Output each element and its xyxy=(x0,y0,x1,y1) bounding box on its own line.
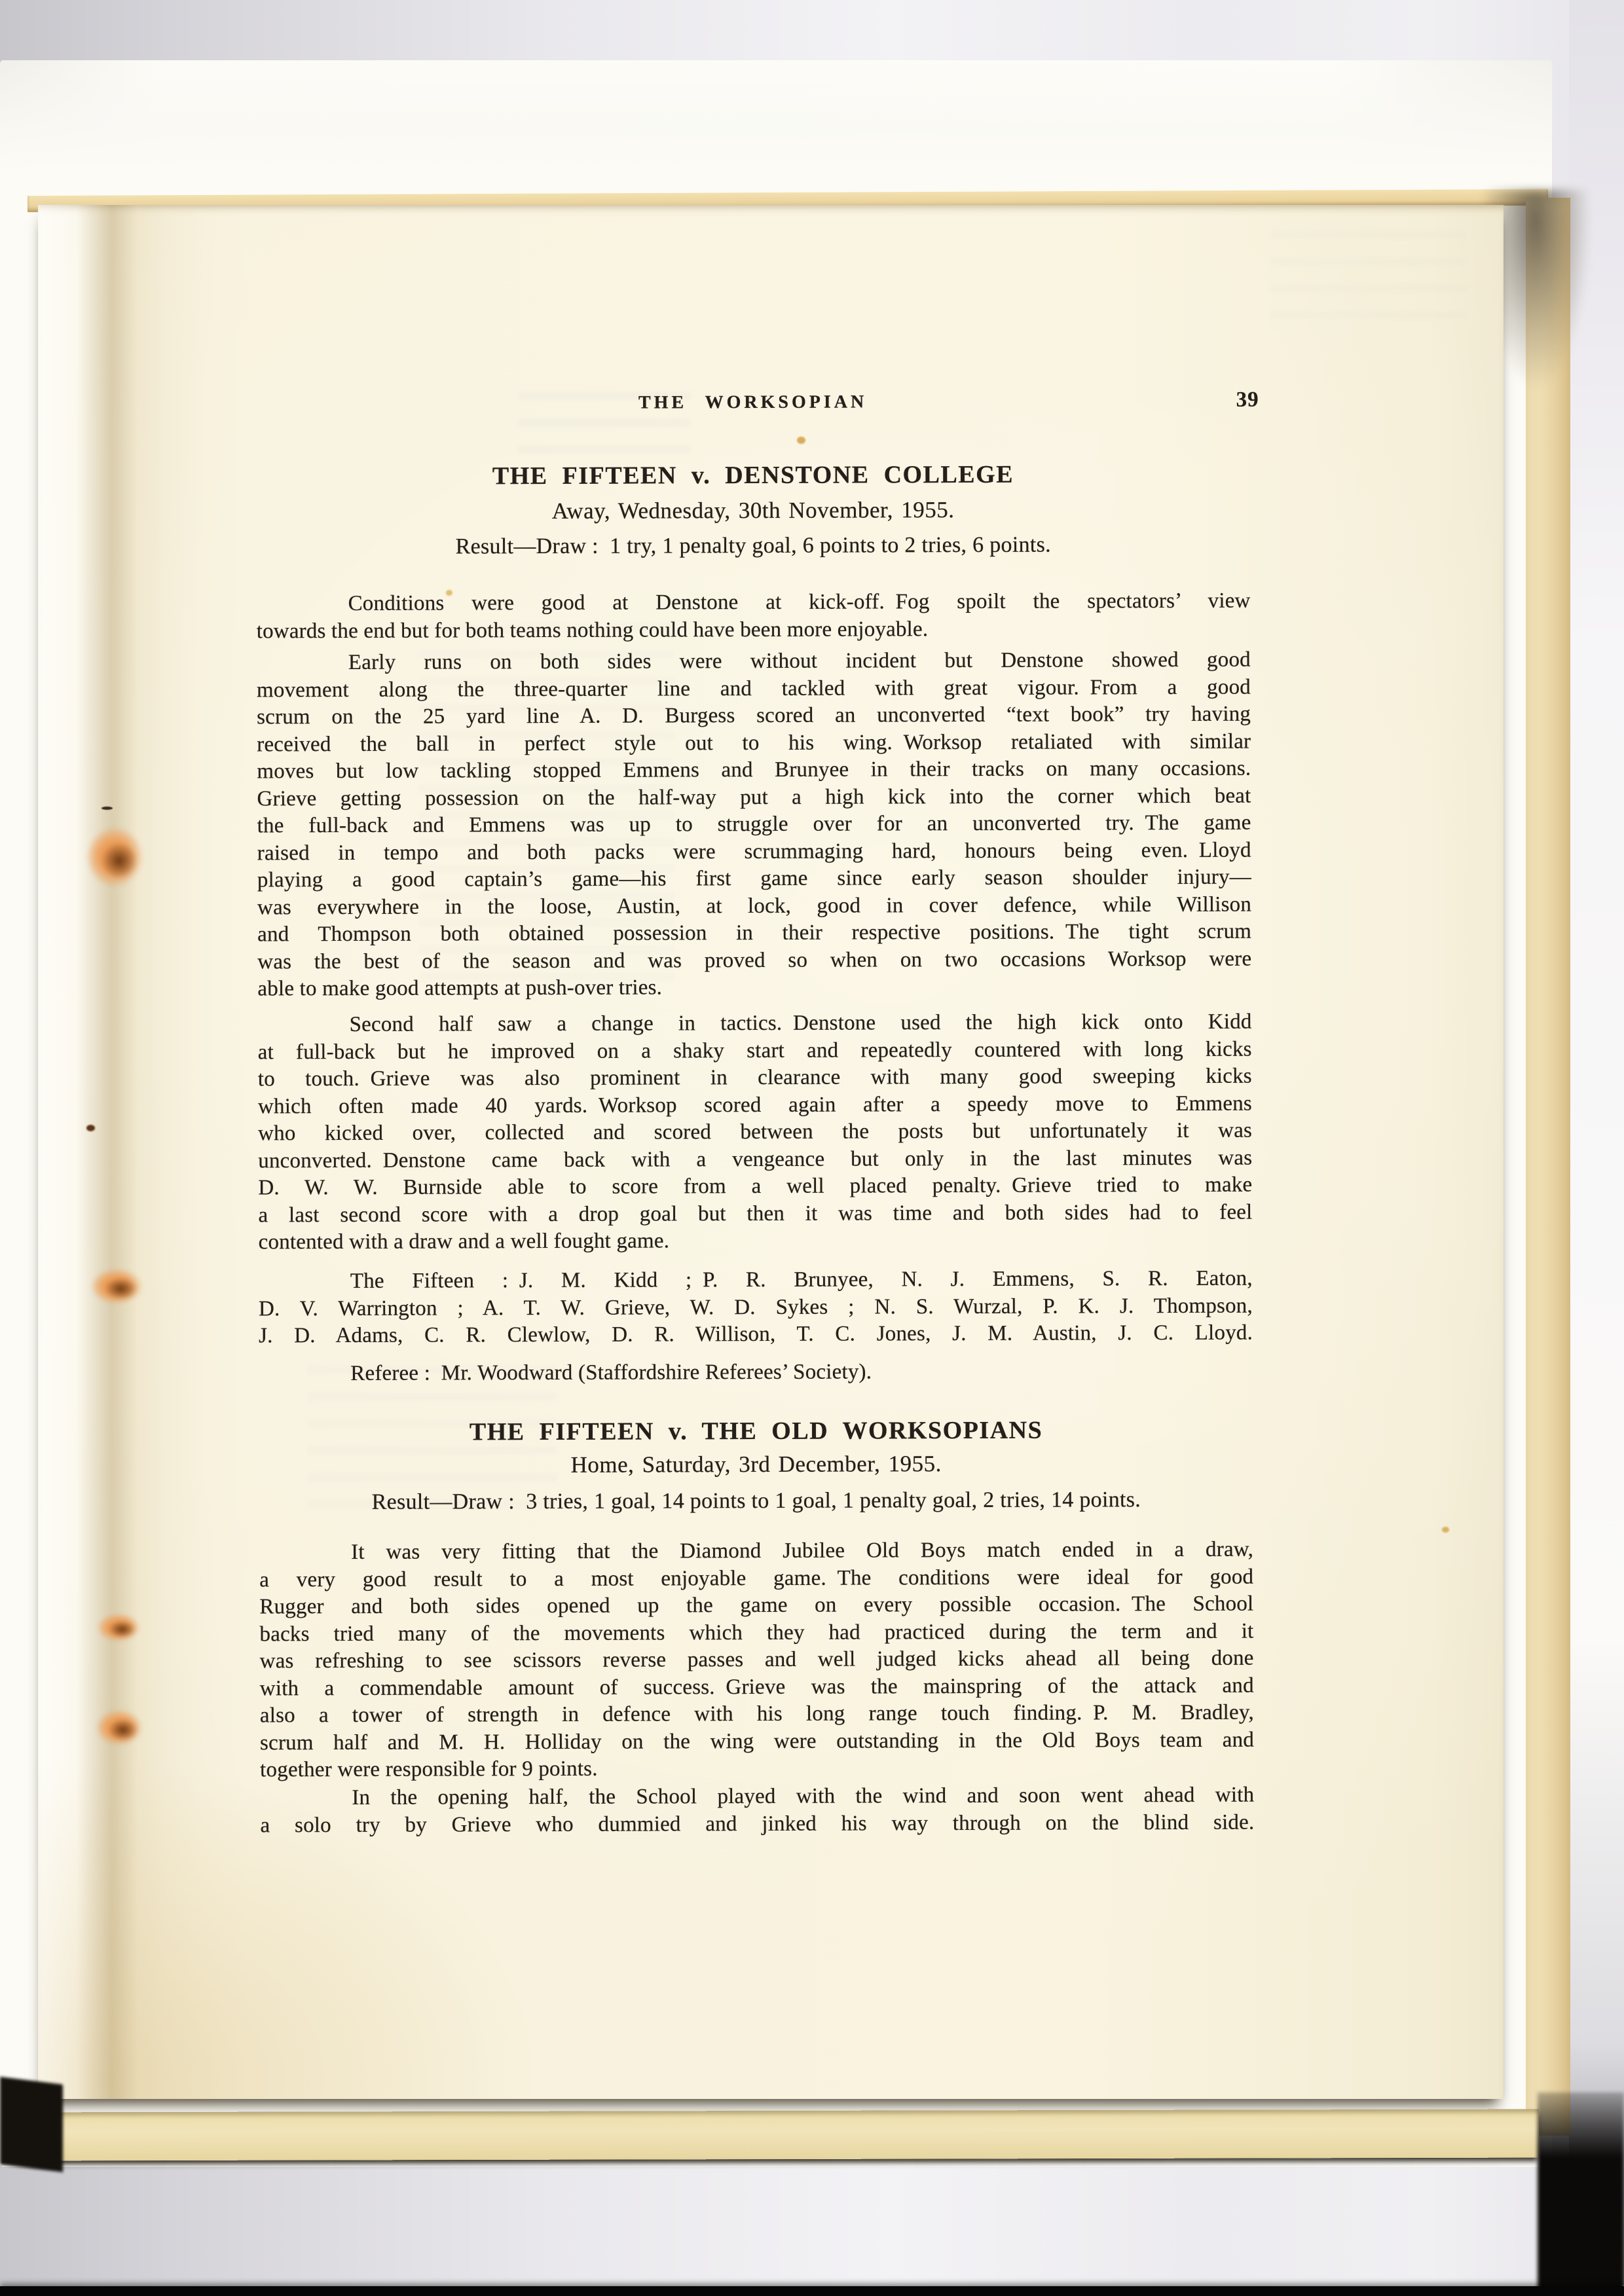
match1-venue-date: Away, Wednesday, 30th November, 1955. xyxy=(256,496,1250,526)
match1-title: THE FIFTEEN v. DENSTONE COLLEGE xyxy=(256,460,1250,492)
page-block-right-edge xyxy=(1526,198,1570,2136)
page-number: 39 xyxy=(1236,388,1259,412)
text-line: The Fifteen : J. M. Kidd ; P. R. Brunyee… xyxy=(259,1266,1253,1296)
text-line: raised in tempo and both packs were scru… xyxy=(257,837,1251,867)
text-line: to touch. Grieve was also prominent in c… xyxy=(258,1063,1252,1093)
text-line: a solo try by Grieve who dummied and jin… xyxy=(260,1809,1254,1839)
text-line: who kicked over, collected and scored be… xyxy=(258,1118,1252,1148)
scanner-edge xyxy=(0,2286,1624,2296)
text-line: was refreshing to see scissors reverse p… xyxy=(260,1645,1254,1675)
text-line: Early runs on both sides were without in… xyxy=(257,647,1251,677)
text-line: Referee : Mr. Woodward (Staffordshire Re… xyxy=(259,1358,1253,1388)
paper-speck xyxy=(101,807,113,810)
text-line: D. V. Warrington ; A. T. W. Grieve, W. D… xyxy=(259,1292,1253,1322)
text-line: D. W. W. Burnside able to score from a w… xyxy=(258,1172,1252,1202)
text-line: was the best of the season and was prove… xyxy=(257,945,1251,975)
text-line: backs tried many of the movements which … xyxy=(259,1618,1253,1648)
bottom-left-shadow xyxy=(0,2077,63,2172)
match2-result: Result—Draw : 3 tries, 1 goal, 14 points… xyxy=(259,1487,1253,1516)
text-line: moves but low tackling stopped Emmens an… xyxy=(257,756,1251,786)
text-line: Rugger and both sides opened up the game… xyxy=(259,1591,1253,1621)
text-line: received the ball in perfect style out t… xyxy=(257,728,1251,758)
match1-team-list: The Fifteen : J. M. Kidd ; P. R. Brunyee… xyxy=(259,1266,1253,1350)
rust-stain xyxy=(86,826,143,888)
show-through-ghost xyxy=(1270,230,1467,322)
text-line: and Thompson both obtained possession in… xyxy=(257,919,1251,949)
paper-speck xyxy=(86,1125,95,1131)
bottom-right-shadow xyxy=(1538,2092,1624,2296)
running-head: THE WORKSOPIAN 39 xyxy=(256,391,1250,415)
journal-title: THE WORKSOPIAN xyxy=(638,392,867,412)
text-line: It was very fitting that the Diamond Jub… xyxy=(259,1537,1253,1567)
match1-paragraph: Conditions were good at Denstone at kick… xyxy=(256,588,1250,646)
text-line: which often made 40 yards. Worksop score… xyxy=(258,1090,1252,1120)
match2-title: THE FIFTEEN v. THE OLD WORKSOPIANS xyxy=(259,1415,1253,1448)
text-line: was everywhere in the loose, Austin, at … xyxy=(257,891,1251,921)
rust-stain xyxy=(90,1268,143,1305)
match1-referee: Referee : Mr. Woodward (Staffordshire Re… xyxy=(259,1358,1253,1388)
text-line: the full-back and Emmens was up to strug… xyxy=(257,810,1251,840)
page-content: THE WORKSOPIAN 39 THE FIFTEEN v. DENSTON… xyxy=(255,0,1256,2296)
match2-paragraph: It was very fitting that the Diamond Jub… xyxy=(259,1537,1254,1784)
match1-paragraph: Early runs on both sides were without in… xyxy=(257,647,1252,1003)
text-line: towards the end but for both teams nothi… xyxy=(257,615,1251,645)
match2-paragraph: In the opening half, the School played w… xyxy=(260,1782,1254,1840)
text-line: Second half saw a change in tactics. Den… xyxy=(258,1009,1252,1039)
text-line: scrum half and M. H. Holliday on the win… xyxy=(260,1726,1254,1757)
text-line: at full-back but he improved on a shaky … xyxy=(258,1036,1252,1066)
text-line: playing a good captain’s game—his first … xyxy=(257,864,1251,894)
match2-venue-date: Home, Saturday, 3rd December, 1955. xyxy=(259,1450,1253,1480)
match1-paragraph: Second half saw a change in tactics. Den… xyxy=(258,1009,1253,1256)
text-line: Conditions were good at Denstone at kick… xyxy=(256,588,1250,618)
text-line: able to make good attempts at push-over … xyxy=(257,973,1251,1003)
match1-result: Result—Draw : 1 try, 1 penalty goal, 6 p… xyxy=(256,532,1250,560)
text-line: contented with a draw and a well fought … xyxy=(259,1226,1253,1256)
text-line: with a commendable amount of success. Gr… xyxy=(260,1672,1254,1702)
text-line: scrum on the 25 yard line A. D. Burgess … xyxy=(257,701,1251,731)
text-line: movement along the three-quarter line an… xyxy=(257,674,1251,704)
text-line: a last second score with a drop goal but… xyxy=(258,1199,1252,1229)
text-line: also a tower of strength in defence with… xyxy=(260,1700,1254,1730)
paper-speck xyxy=(1442,1527,1449,1533)
text-line: unconverted. Denstone came back with a v… xyxy=(258,1144,1252,1175)
text-line: together were responsible for 9 points. xyxy=(260,1754,1254,1784)
text-line: J. D. Adams, C. R. Clewlow, D. R. Willis… xyxy=(259,1320,1253,1350)
text-line: Grieve getting possession on the half-wa… xyxy=(257,782,1251,812)
text-line: a very good result to a most enjoyable g… xyxy=(259,1563,1253,1594)
scanned-page: THE WORKSOPIAN 39 THE FIFTEEN v. DENSTON… xyxy=(0,0,1624,2296)
page-block-bottom-edge xyxy=(31,2109,1539,2161)
rust-stain xyxy=(96,1709,143,1746)
rust-stain xyxy=(97,1613,140,1642)
text-line: In the opening half, the School played w… xyxy=(260,1782,1254,1812)
